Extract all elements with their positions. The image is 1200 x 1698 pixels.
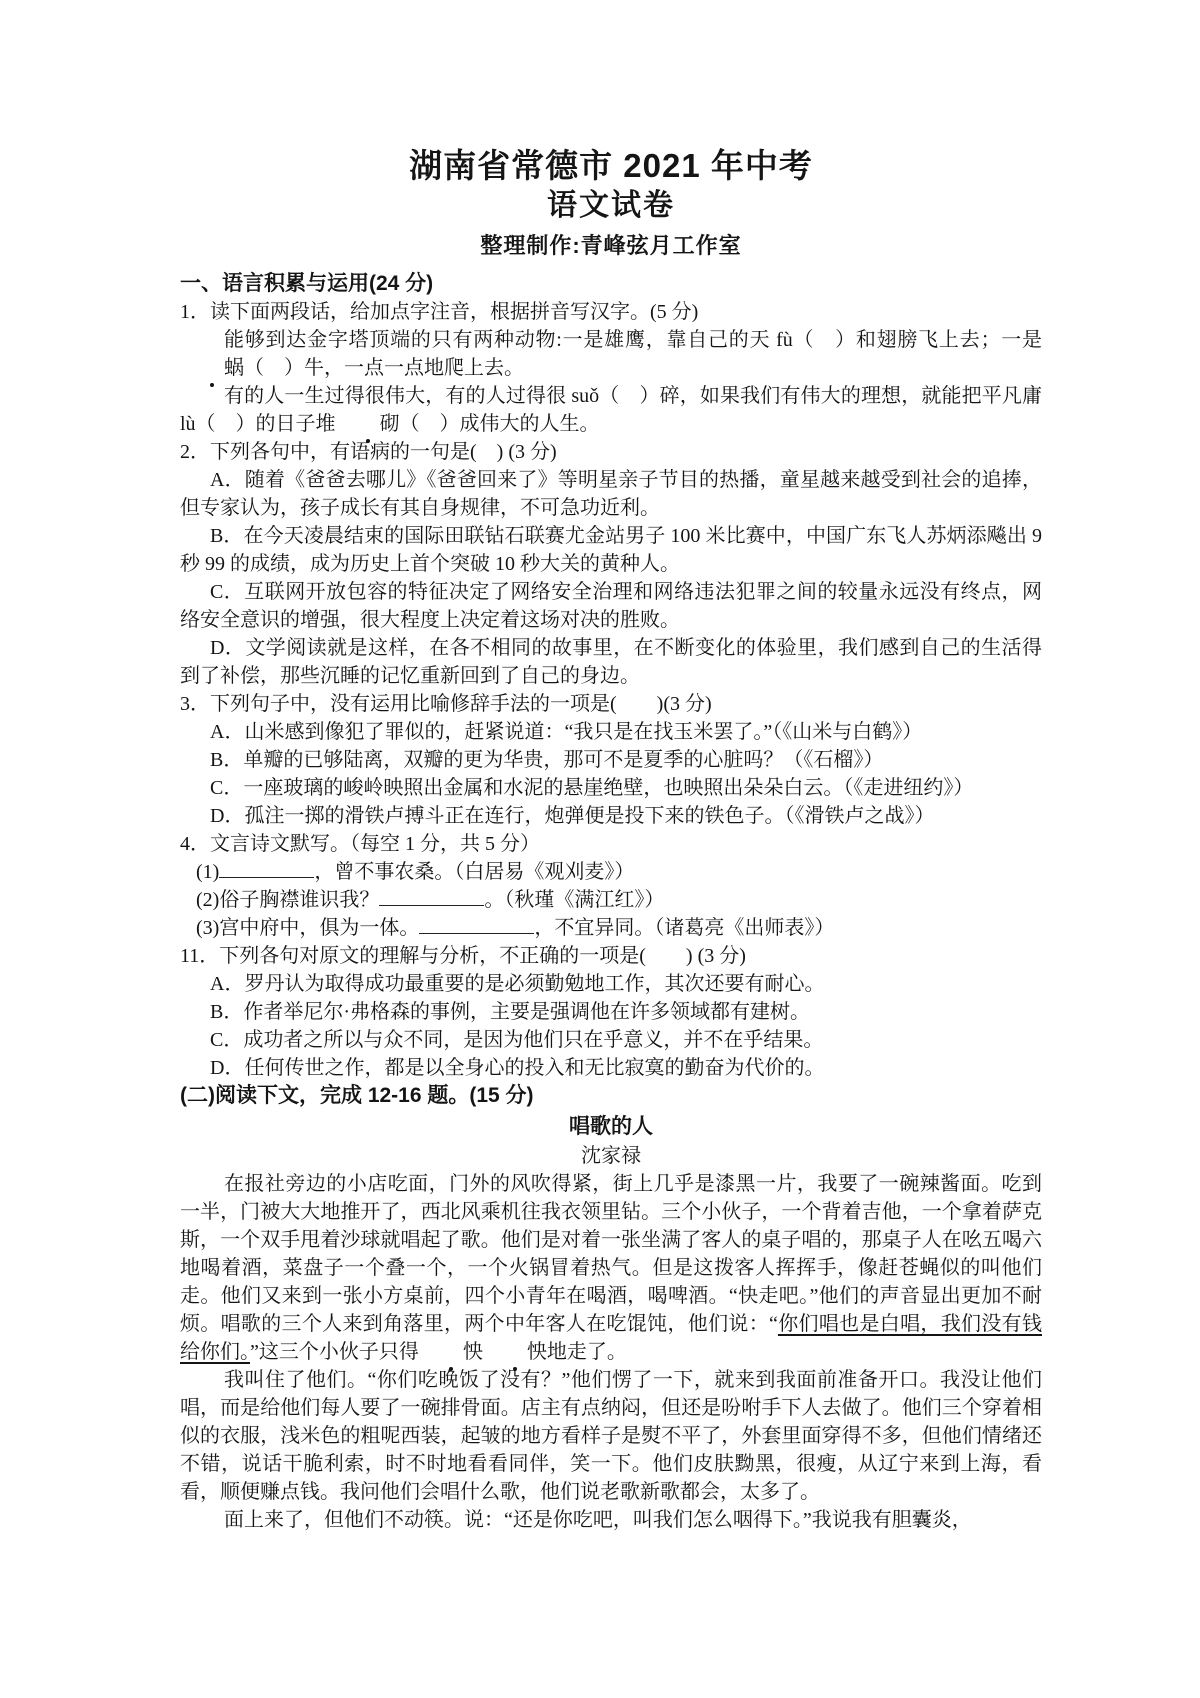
q4-item-1-pre: (1) [196,861,219,883]
q4-item-1-post: ，曾不事农桑。（白居易《观刈麦》） [314,861,634,883]
q1-passage-2-text-b: （ ）成伟大的人生。 [400,413,600,435]
story-author: 沈家禄 [180,1142,1042,1170]
section1-heading: 一、语言积累与运用(24 分) [180,270,1042,298]
story-paragraph-3: 面上来了，但他们不动筷。说：“还是你吃吧，叫我们怎么咽得下。”我说我有胆囊炎， [180,1506,1042,1534]
q3-option-d: D．孤注一掷的滑铁卢搏斗正在连行，炮弹便是投下来的铁色子。（《滑铁卢之战》） [180,802,1042,830]
answer-blank [419,918,534,934]
q1-passage-2: 有的人一生过得很伟大，有的人过得很 suǒ（ ）碎，如果我们有伟大的理想，就能把… [180,382,1042,438]
q1-stem: 1．读下面两段话，给加点字注音，根据拼音写汉字。(5 分) [180,298,1042,326]
q11-option-a: A．罗丹认为取得成功最重要的是必须勤勉地工作，其次还要有耐心。 [180,970,1042,998]
story-paragraph-1-text-b: ”这三个小伙子只得 [250,1341,419,1363]
q4-item-2-pre: (2)俗子胸襟谁识我？ [196,889,379,911]
q1-passage-2-text-a: 有的人一生过得很伟大，有的人过得很 suǒ（ ）碎，如果我们有伟大的理想，就能把… [180,385,1042,435]
q4-item-1: (1)，曾不事农桑。（白居易《观刈麦》） [180,858,1042,886]
q11-stem: 11．下列各句对原文的理解与分析，不正确的一项是( ) (3 分) [180,942,1042,970]
answer-blank [379,890,484,906]
story-paragraph-1: 在报社旁边的小店吃面，门外的风吹得紧，街上几乎是漆黑一片，我要了一碗辣酱面。吃到… [180,1170,1042,1366]
q3-stem: 3．下列句子中，没有运用比喻修辞手法的一项是( )(3 分) [180,690,1042,718]
q11-option-d: D．任何传世之作，都是以全身心的投入和无比寂寞的勤奋为代价的。 [180,1054,1042,1082]
q4-stem: 4．文言诗文默写。（每空 1 分，共 5 分） [180,830,1042,858]
q1-passage-1-text-a: 能够到达金字塔顶端的只有两种动物:一是雄鹰，靠自己的天 fù（ ）和翅膀飞上去；… [224,329,1042,351]
exam-paper-content: 湖南省常德市 2021 年中考 语文试卷 整理制作:青峰弦月工作室 一、语言积累… [180,146,1042,1534]
story-paragraph-2: 我叫住了他们。“你们吃晚饭了没有？”他们愣了一下，就来到我面前准备开口。我没让他… [180,1366,1042,1506]
q2-option-a: A．随着《爸爸去哪儿》《爸爸回来了》等明星亲子节目的热播，童星越来越受到社会的追… [180,466,1042,522]
q3-option-b: B．单瓣的已够陆离，双瓣的更为华贵，那可不是夏季的心脏吗？（《石榴》） [180,746,1042,774]
q2-option-c: C．互联网开放包容的特征决定了网络安全治理和网络违法犯罪之间的较量永远没有终点，… [180,578,1042,634]
q3-option-a: A．山米感到像犯了罪似的，赶紧说道：“我只是在找玉米罢了。”（《山米与白鹤》） [180,718,1042,746]
dotted-char-wo: 蜗 [180,357,244,379]
answer-blank [219,862,314,878]
story-paragraph-1-text-c: 地走了。 [547,1341,627,1363]
doc-title: 湖南省常德市 2021 年中考 [180,146,1042,186]
q4-item-3-pre: (3)宫中府中，俱为一体。 [196,917,419,939]
q2-stem: 2．下列各句中，有语病的一句是( ) (3 分) [180,438,1042,466]
exam-paper-page: 湖南省常德市 2021 年中考 语文试卷 整理制作:青峰弦月工作室 一、语言积累… [0,0,1200,1698]
doc-subtitle: 语文试卷 [180,188,1042,224]
q2-option-d: D．文学阅读就是这样，在各不相同的故事里，在不断变化的体验里，我们感到自己的生活… [180,634,1042,690]
q11-option-b: B．作者举尼尔·弗格森的事例，主要是强调他在许多领域都有建树。 [180,998,1042,1026]
story-paragraph-1-text-a: 在报社旁边的小店吃面，门外的风吹得紧，街上几乎是漆黑一片，我要了一碗辣酱面。吃到… [180,1173,1042,1335]
q1-passage-1: 能够到达金字塔顶端的只有两种动物:一是雄鹰，靠自己的天 fù（ ）和翅膀飞上去；… [180,326,1042,382]
q4-item-2-post: 。（秋瑾《满江红》） [484,889,664,911]
q4-item-2: (2)俗子胸襟谁识我？。（秋瑾《满江红》） [180,886,1042,914]
q2-option-b: B．在今天凌晨结束的国际田联钻石联赛尤金站男子 100 米比赛中，中国广东飞人苏… [180,522,1042,578]
emphasis-word-yangyang: 怏怏 [419,1341,547,1363]
q4-item-3-post: ，不宜异同。（诸葛亮《出师表》） [534,917,834,939]
q11-option-c: C．成功者之所以与众不同，是因为他们只在乎意义，并不在乎结果。 [180,1026,1042,1054]
section2-heading: (二)阅读下文，完成 12-16 题。(15 分) [180,1082,1042,1110]
q1-passage-1-text-b: （ ）牛，一点一点地爬上去。 [244,357,524,379]
story-title: 唱歌的人 [180,1112,1042,1142]
q3-option-c: C．一座玻璃的峻岭映照出金属和水泥的悬崖绝壁，也映照出朵朵白云。（《走进纽约》） [180,774,1042,802]
dotted-char-qi: 砌 [336,413,400,435]
q4-item-3: (3)宫中府中，俱为一体。，不宜异同。（诸葛亮《出师表》） [180,914,1042,942]
credit-line: 整理制作:青峰弦月工作室 [180,232,1042,261]
